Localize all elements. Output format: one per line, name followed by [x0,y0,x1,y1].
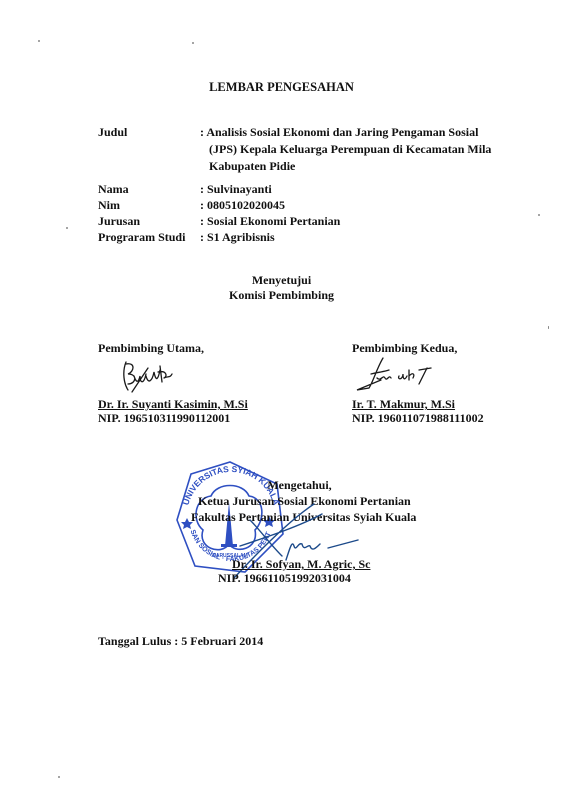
prodi-label: Prograram Studi [98,230,185,245]
supervisor2-signature [355,356,435,396]
scan-speck [548,326,549,329]
scan-speck [538,214,540,216]
supervisor1-role: Pembimbing Utama, [98,341,204,356]
graduation-date: Tanggal Lulus : 5 Februari 2014 [98,634,263,649]
supervisor1-signature [118,358,178,398]
scan-speck [66,227,68,229]
jurusan-label: Jurusan [98,214,140,229]
approval-line-2: Komisi Pembimbing [0,288,563,303]
acknowledgement-line-1: Mengetahui, [0,478,563,493]
scan-speck [38,40,40,42]
supervisor2-nip: NIP. 196011071988111002 [352,411,484,426]
nama-value: : Sulvinayanti [200,182,272,197]
supervisor1-name: Dr. Ir. Suyanti Kasimin, M.Si [98,397,248,412]
prodi-value: : S1 Agribisnis [200,230,275,245]
supervisor2-name: Ir. T. Makmur, M.Si [352,397,455,412]
head-name: Dr. Ir. Sofyan, M. Agric, Sc [232,557,370,572]
head-nip: NIP. 196611051992031004 [218,571,351,586]
page-title: LEMBAR PENGESAHAN [0,80,563,95]
judul-line-1: : Analisis Sosial Ekonomi dan Jaring Pen… [200,125,478,140]
judul-line-3: Kabupaten Pidie [209,159,295,174]
judul-line-2: (JPS) Kepala Keluarga Perempuan di Kecam… [209,142,491,157]
supervisor2-role: Pembimbing Kedua, [352,341,457,356]
supervisor1-nip: NIP. 196510311990112001 [98,411,230,426]
nama-label: Nama [98,182,129,197]
judul-label: Judul [98,125,127,140]
approval-line-1: Menyetujui [0,273,563,288]
scan-speck [192,42,194,44]
nim-value: : 0805102020045 [200,198,285,213]
scan-speck [58,776,60,778]
nim-label: Nim [98,198,120,213]
jurusan-value: : Sosial Ekonomi Pertanian [200,214,340,229]
